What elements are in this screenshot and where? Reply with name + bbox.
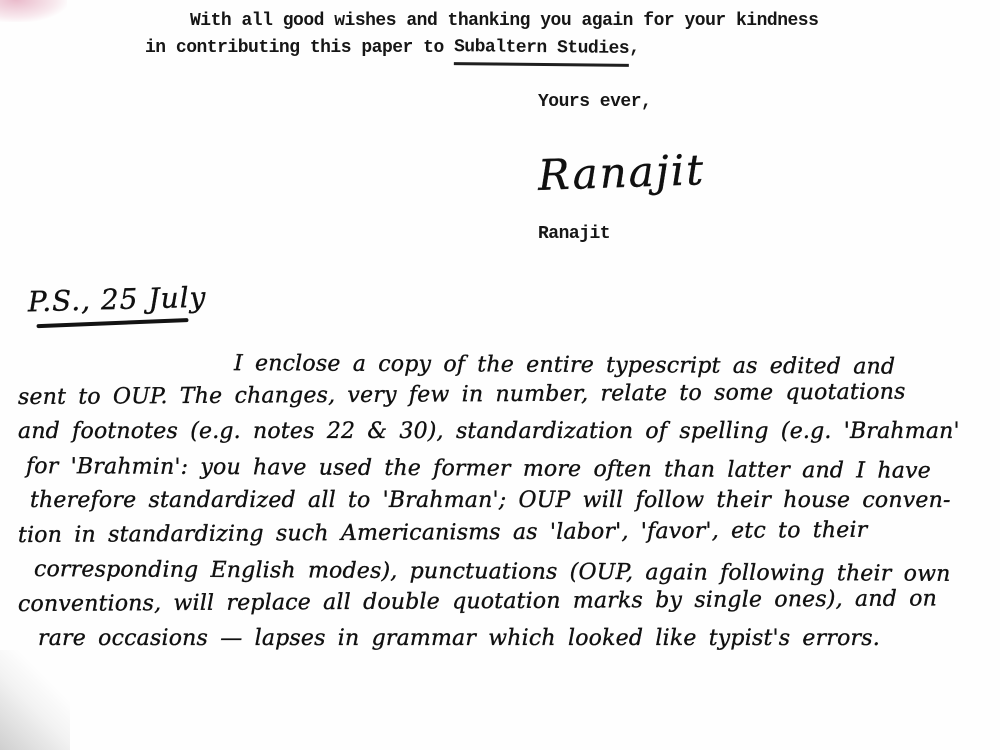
postscript-line: tion in standardizing such Americanisms … (18, 513, 996, 553)
postscript-line: for 'Brahmin': you have used the former … (26, 450, 996, 490)
scan-shadow-artifact (0, 650, 70, 750)
handwritten-signature: Ranajit (537, 145, 706, 200)
closing-paragraph: With all good wishes and thanking you ag… (145, 8, 818, 66)
postscript-line: conventions, will replace all double quo… (18, 582, 996, 622)
postscript-line: rare occasions — lapses in grammar which… (38, 622, 996, 657)
scanned-letter-page: With all good wishes and thanking you ag… (0, 0, 1000, 750)
closing-line-2-prefix: in contributing this paper to (145, 38, 454, 58)
postscript-body: I enclose a copy of the entire typescrip… (18, 346, 996, 657)
closing-line-2: in contributing this paper to Subaltern … (145, 35, 818, 66)
typed-signature: Ranajit (538, 224, 610, 244)
closing-line-2-suffix: , (629, 38, 639, 58)
postscript-heading-text: P.S., 25 July (27, 281, 206, 319)
valediction: Yours ever, (538, 92, 651, 112)
postscript-heading: P.S., 25 July (27, 281, 207, 327)
postscript-line: and footnotes (e.g. notes 22 & 30), stan… (18, 415, 996, 450)
closing-line-1: With all good wishes and thanking you ag… (190, 8, 818, 35)
postscript-heading-underline (36, 318, 188, 328)
postscript-line: sent to OUP. The changes, very few in nu… (18, 375, 996, 415)
publication-title: Subaltern Studies (454, 34, 629, 67)
scan-smudge-artifact (0, 0, 67, 22)
